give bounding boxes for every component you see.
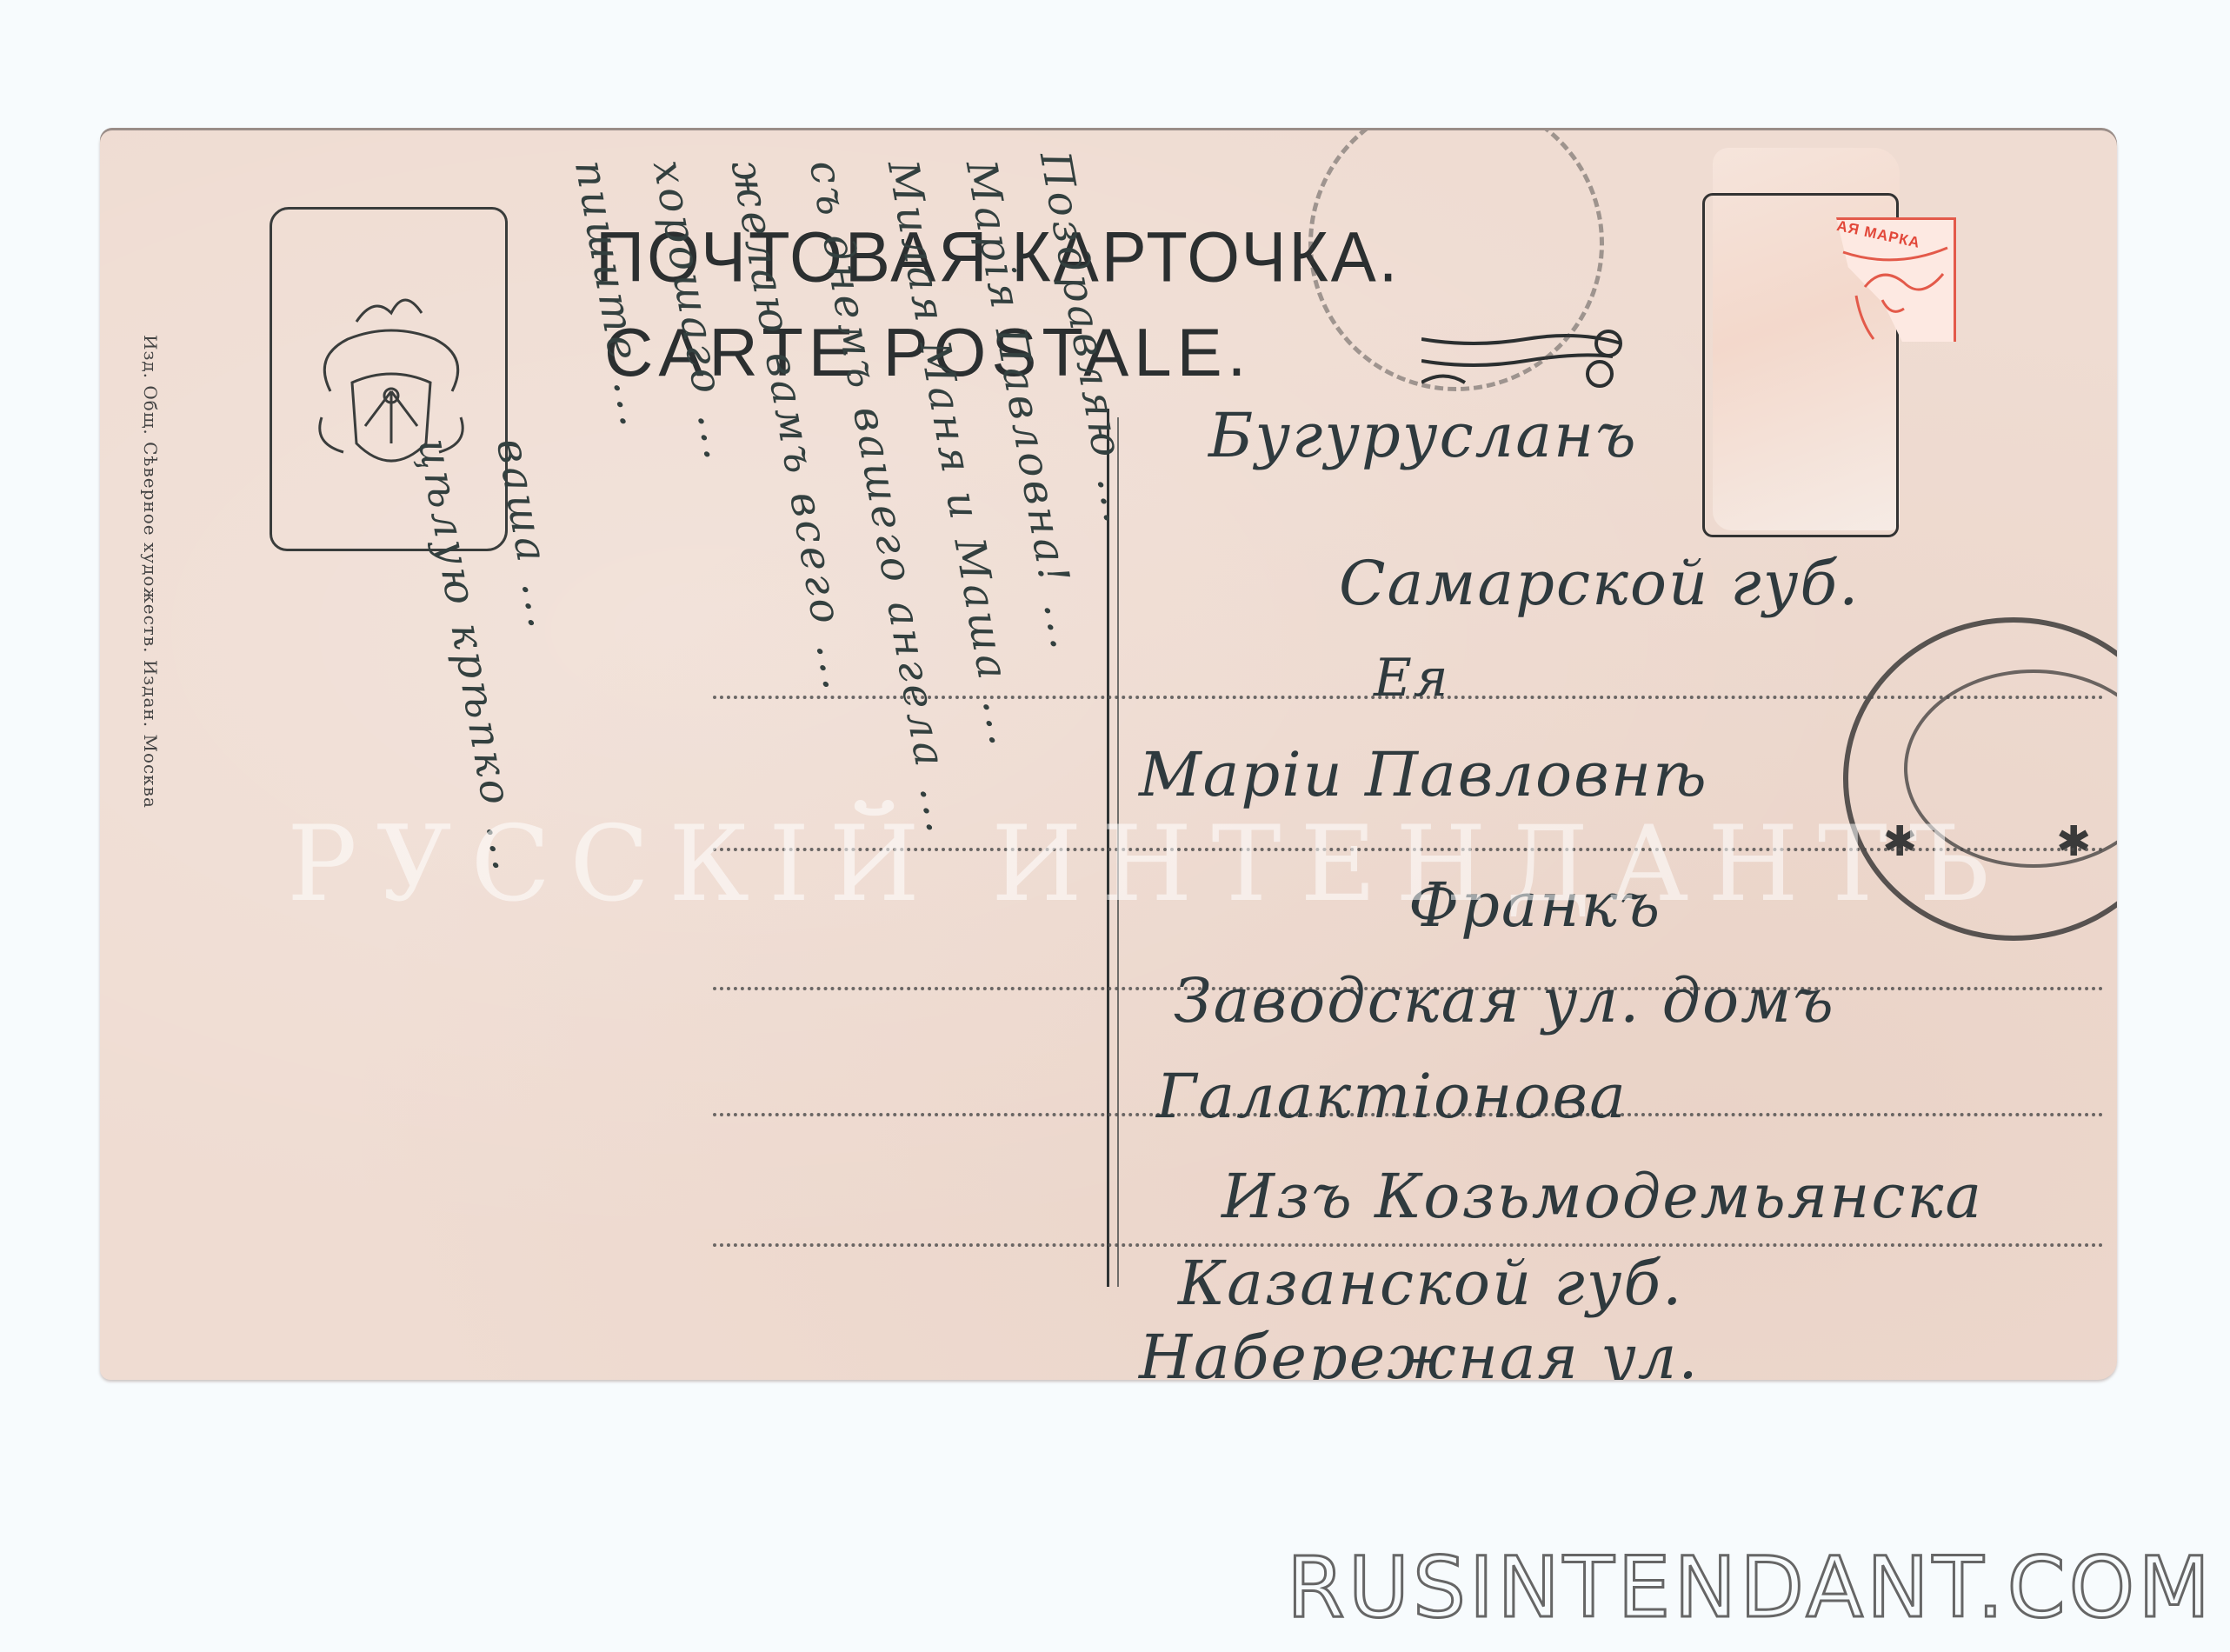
address-line-rule <box>713 1243 2104 1247</box>
overlay-watermark: РУССКIЙ ИНТЕНДАНТЪ <box>287 804 2008 925</box>
address-recipient-name: Марiи Павловнѣ <box>1139 739 1708 810</box>
sender-street: Набережная ул. <box>1139 1322 1700 1380</box>
site-watermark: RUSINTENDANT.COM <box>1287 1539 2213 1636</box>
address-street: Заводская ул. домъ <box>1174 965 1835 1036</box>
sender-province: Казанской губ. <box>1178 1248 1683 1319</box>
star-icon: ✱ <box>2056 817 2091 866</box>
postcard-back: Изд. Общ. Сѣверное художеств. Издан. Мос… <box>100 130 2117 1380</box>
publisher-imprint: Изд. Общ. Сѣверное художеств. Издан. Мос… <box>140 335 161 809</box>
address-house-owner: Галактiонова <box>1156 1061 1628 1132</box>
address-honorific: Ея <box>1374 648 1450 709</box>
address-city: Бугурусланъ <box>1208 400 1638 471</box>
sender-town: Изъ Козьмодемьянска <box>1222 1161 1983 1232</box>
stamp-ornament-icon <box>1839 235 1952 356</box>
address-province: Самарской губ. <box>1339 548 1860 619</box>
